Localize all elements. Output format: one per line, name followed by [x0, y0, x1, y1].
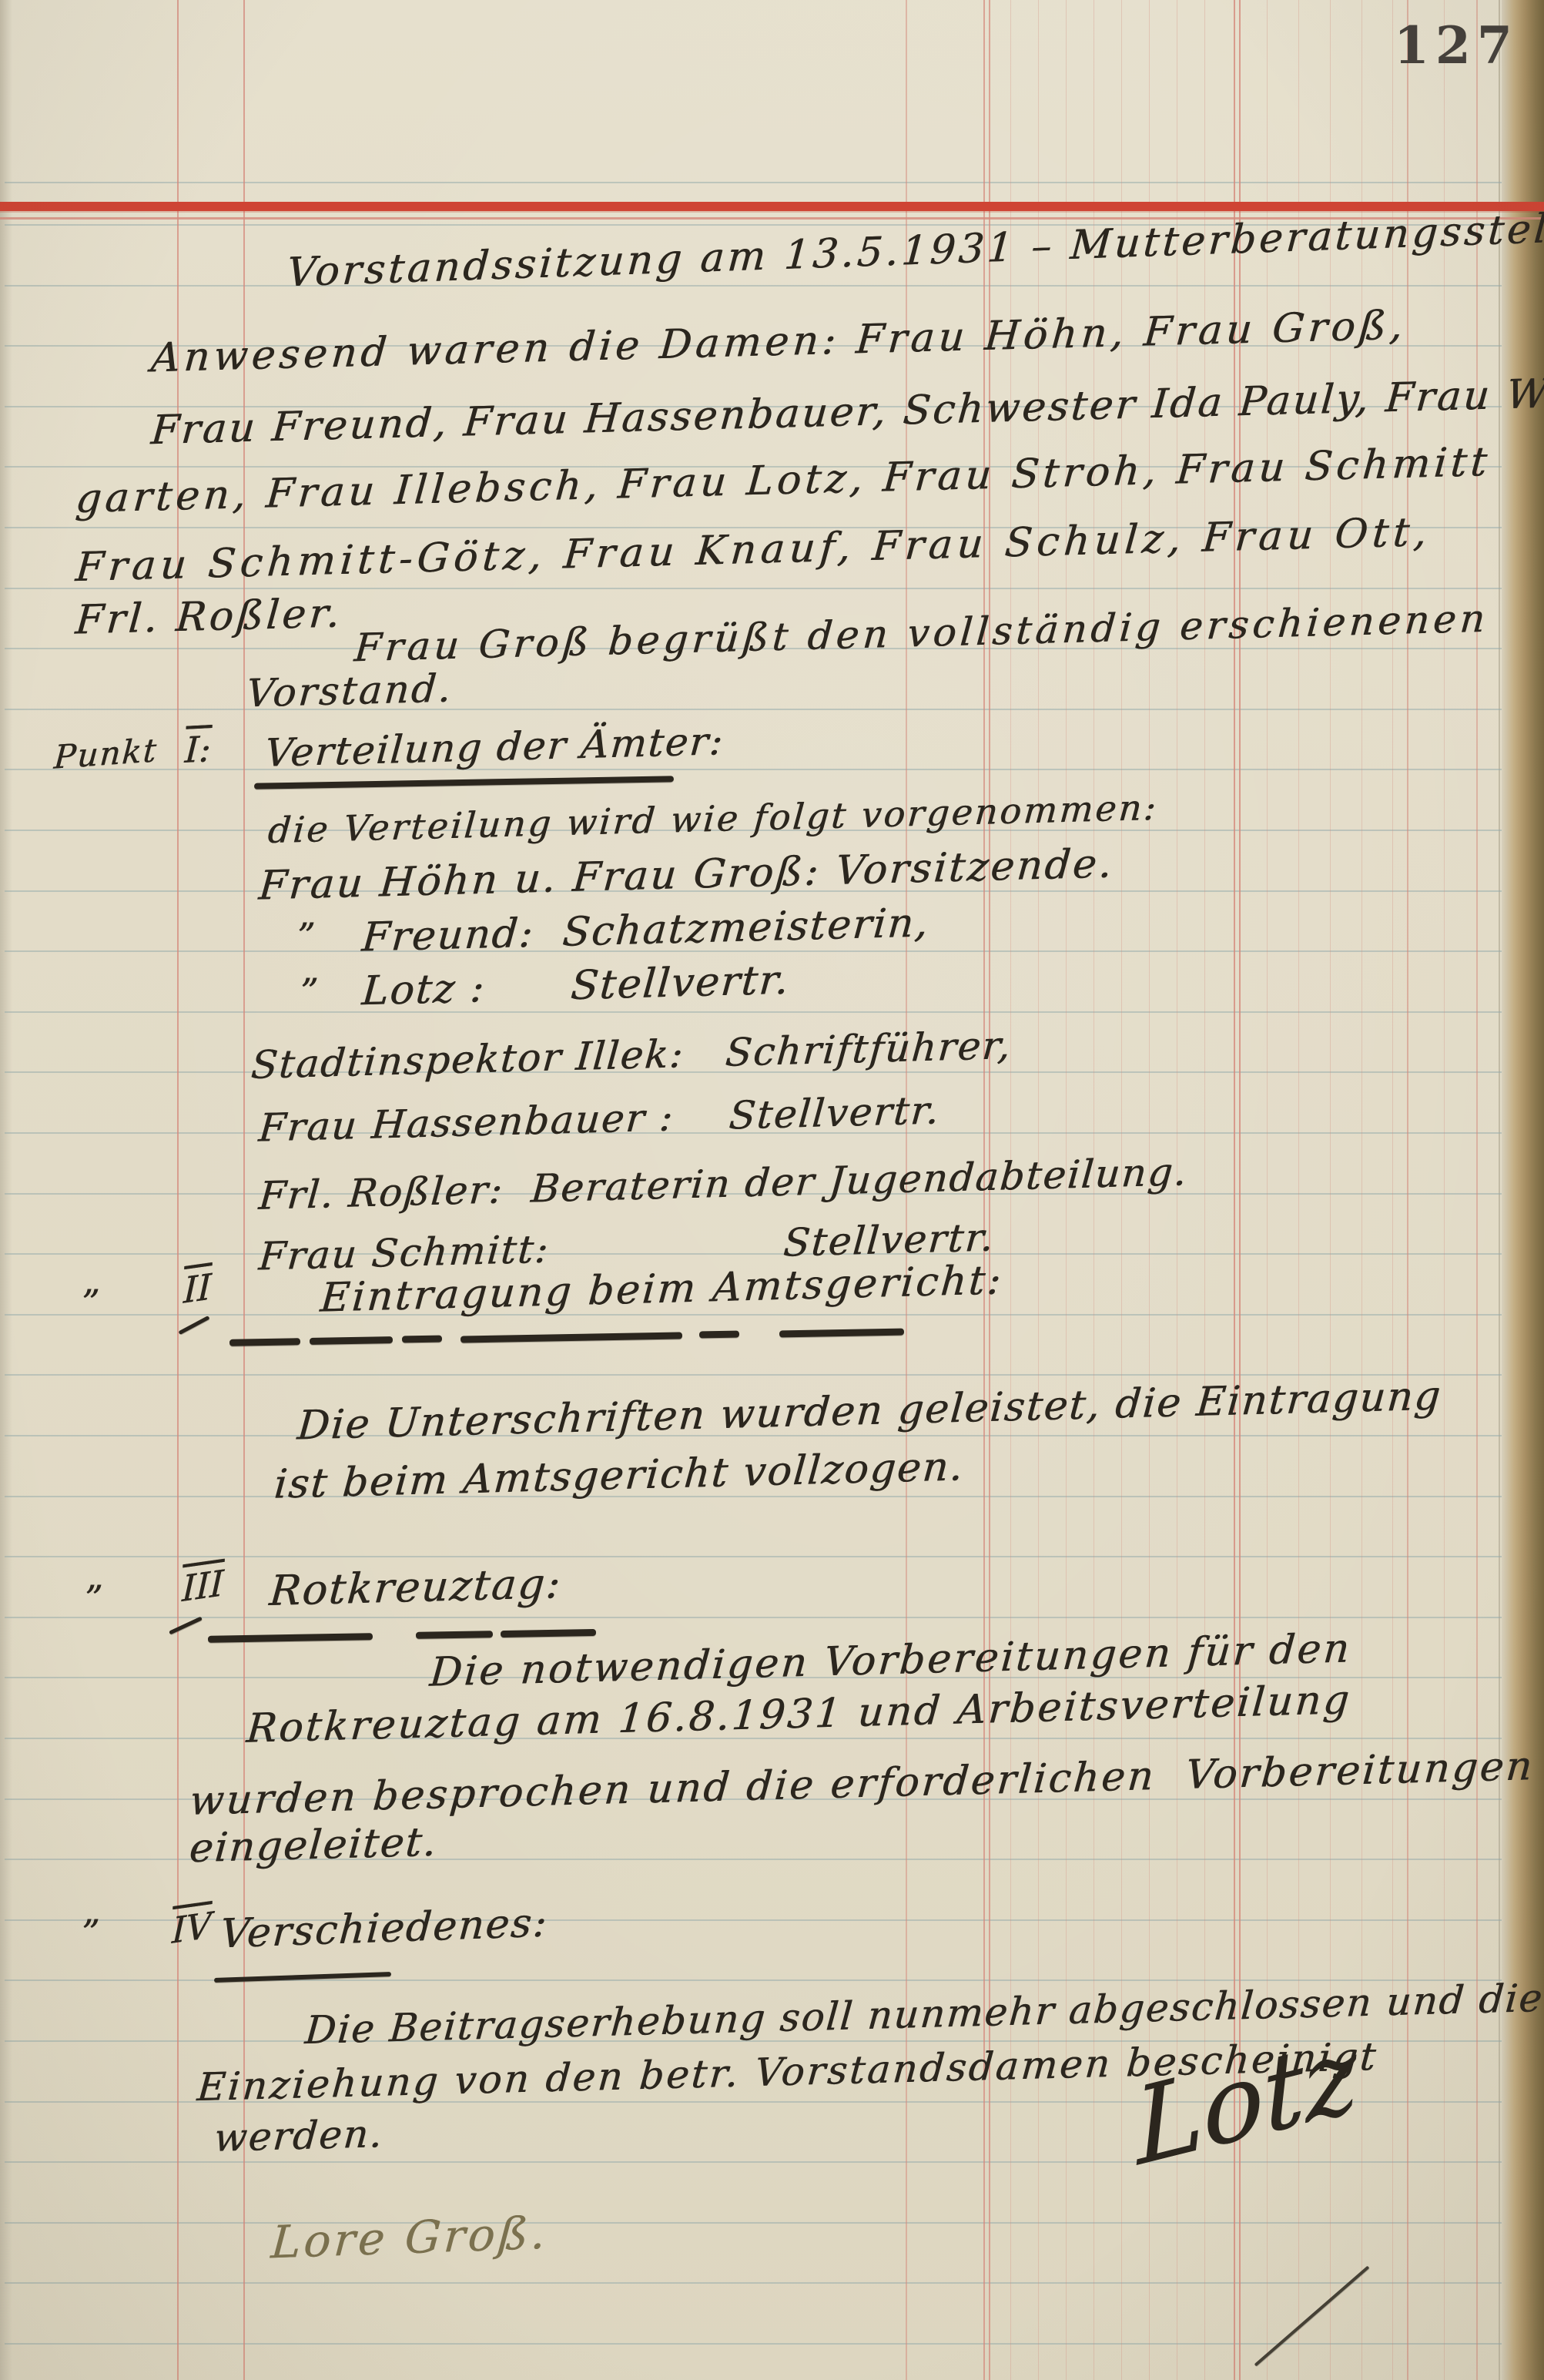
body-line: Frau Höhn u. Frau Groß: Vorsitzende. — [257, 843, 1115, 906]
signature-flourish-tail — [1254, 2266, 1370, 2367]
rule-horizontal-blue — [5, 1617, 1502, 1618]
book-fore-edge — [1502, 0, 1544, 2380]
rule-horizontal-blue — [5, 2282, 1502, 2284]
rule-horizontal-blue — [5, 1496, 1502, 1497]
heading-underline-dash — [208, 1633, 373, 1643]
heading-underline-dash — [699, 1331, 739, 1339]
attendance-line: Anwesend waren die Damen: Frau Höhn, Fra… — [149, 306, 1408, 379]
heading-underline-dash — [779, 1329, 904, 1338]
rule-horizontal-blue — [5, 2161, 1502, 2163]
rule-horizontal-blue — [5, 950, 1502, 952]
numeral-tick — [169, 1617, 203, 1635]
body-line: Frl. Roßler: Beraterin der Jugendabteilu… — [257, 1152, 1189, 1215]
heading-underline-dash — [501, 1629, 596, 1638]
body-line: wurden besprochen und die erforderlichen… — [188, 1746, 1536, 1822]
body-line: Lotz : Stellvertr. — [360, 960, 791, 1012]
header-red-rule-thick — [0, 202, 1544, 211]
ditto-mark: ” — [300, 974, 319, 1009]
body-line: Freund: Schatzmeisterin, — [360, 903, 931, 957]
attendance-line: Frl. Roßler. — [74, 593, 344, 640]
signature-chairwoman: Lore Groß. — [270, 2211, 550, 2265]
rule-horizontal-blue — [5, 588, 1502, 589]
attendance-line: Frau Schmitt-Götz, Frau Knauf, Frau Schu… — [74, 512, 1432, 588]
heading-underline-dash — [402, 1336, 442, 1343]
ditto-mark: ” — [82, 1285, 100, 1320]
rule-vertical-red — [1476, 0, 1478, 2380]
rule-horizontal-blue — [5, 709, 1502, 710]
section-numeral: II — [183, 1269, 212, 1309]
body-line: Frau Hassenbauer : Stellvertr. — [257, 1091, 942, 1147]
body-line: eingeleitet. — [188, 1822, 439, 1869]
heading-underline-dash — [416, 1631, 493, 1639]
heading-underline — [254, 776, 674, 789]
body-line: werden. — [213, 2114, 385, 2157]
section-heading: Rotkreuztag: — [268, 1563, 563, 1612]
rule-horizontal-blue — [5, 1374, 1502, 1376]
section-heading: Verschiedenes: — [219, 1902, 549, 1954]
section-margin-label: Punkt — [53, 734, 159, 774]
rule-horizontal-blue — [5, 769, 1502, 770]
rule-horizontal-blue — [5, 285, 1502, 287]
body-line: die Verteilung wird wie folgt vorgenomme… — [266, 789, 1159, 848]
ditto-mark: ” — [82, 1915, 100, 1950]
attendance-line: Frau Freund, Frau Hassenbauer, Schwester… — [149, 372, 1544, 451]
paper-right-edge-line — [1499, 0, 1500, 2380]
attendance-line: garten, Frau Illebsch, Frau Lotz, Frau S… — [74, 442, 1492, 519]
opening-line: Vorstand. — [245, 669, 454, 712]
heading-underline-dash — [229, 1338, 300, 1346]
numeral-tick — [178, 1316, 209, 1335]
section-numeral: IV — [171, 1907, 212, 1949]
ditto-mark: ” — [297, 918, 316, 954]
rule-vertical-pink — [1444, 0, 1445, 2380]
rule-horizontal-blue — [5, 182, 1502, 183]
section-numeral: III — [181, 1565, 224, 1607]
rule-horizontal-blue — [5, 1314, 1502, 1316]
ditto-mark: ” — [85, 1581, 103, 1616]
section-numeral: I: — [184, 731, 212, 768]
ledger-page: 127 Vorstandssitzung am 13.5.1931 – Mutt… — [0, 0, 1544, 2380]
heading-underline-dash — [310, 1336, 393, 1345]
rule-horizontal-blue — [5, 2222, 1502, 2224]
heading-underline-dash — [461, 1332, 682, 1343]
body-line: Stadtinspektor Illek: Schriftführer, — [250, 1026, 1013, 1084]
rule-horizontal-blue — [5, 1556, 1502, 1557]
section-heading: Verteilung der Ämter: — [263, 722, 725, 773]
paper-left-edge — [0, 0, 12, 2380]
opening-line: Frau Groß begrüßt den vollständig erschi… — [353, 599, 1490, 668]
rule-horizontal-blue — [5, 1011, 1502, 1013]
page-number: 127 — [1394, 15, 1519, 75]
